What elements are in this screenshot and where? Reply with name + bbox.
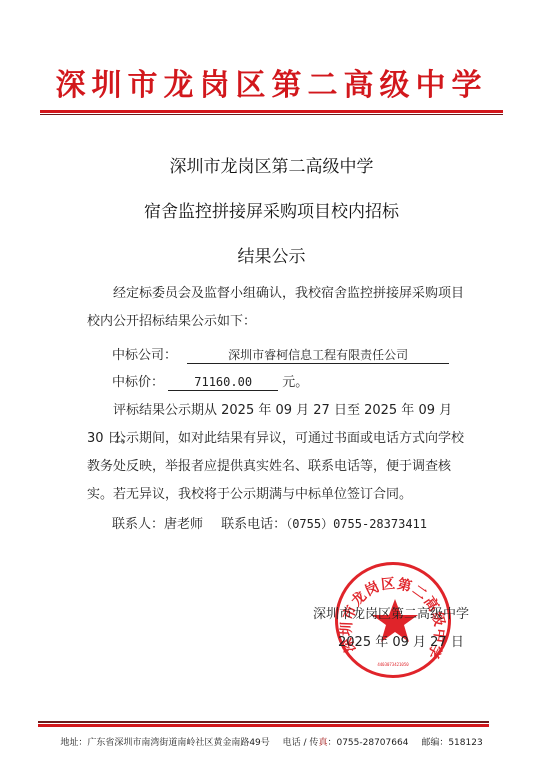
letterhead-rule-thick: [40, 110, 503, 113]
letterhead-rule-thin: [40, 114, 503, 115]
doc-title-line2: 宿舍监控拼接屏采购项目校内招标: [0, 197, 543, 222]
footer-phone-label: 电话 / 传: [283, 738, 319, 748]
signature-org: 深圳市龙岗区第二高级中学: [313, 603, 469, 622]
doc-title-line3: 结果公示: [0, 242, 543, 267]
letterhead-school-name: 深圳市龙岗区第二高级中学: [0, 60, 543, 104]
footer-zip-label: 邮编：: [421, 738, 448, 748]
objection-paragraph: 公示期间，如对此结果有异议，可通过书面或电话方式向学校教务处反映，举报者应提供真…: [87, 425, 467, 509]
doc-title-line1: 深圳市龙岗区第二高级中学: [0, 152, 543, 177]
svg-text:4403073421050: 4403073421050: [377, 662, 409, 667]
footer-phone: 0755-28707664: [336, 738, 408, 748]
phone-label: 联系电话：: [221, 517, 286, 532]
contact-name: 唐老师: [164, 517, 203, 532]
phone-value: （0755）0755-28373411: [286, 517, 427, 531]
price-value: 71160.00: [168, 374, 278, 391]
winner-value: 深圳市睿柯信息工程有限责任公司: [187, 347, 449, 364]
intro-paragraph: 经定标委员会及监督小组确认，我校宿舍监控拼接屏采购项目校内公开招标结果公示如下：: [87, 280, 467, 336]
footer-zip: 518123: [448, 738, 482, 748]
price-label: 中标价：: [112, 375, 164, 390]
contact-label: 联系人：: [112, 517, 164, 532]
footer-rule-thick: [38, 724, 489, 727]
footer-contact: 地址：广东省深圳市南湾街道南岭社区黄金南路49号 电话 / 传真：0755-28…: [0, 735, 543, 748]
winner-row: 中标公司： 深圳市睿柯信息工程有限责任公司: [112, 344, 449, 364]
footer-address: 广东省深圳市南湾街道南岭社区黄金南路49号: [87, 738, 269, 748]
winner-label: 中标公司：: [112, 348, 177, 363]
price-unit: 元。: [282, 375, 308, 390]
contact-row: 联系人：唐老师 联系电话：（0755）0755-28373411: [112, 513, 427, 532]
footer-address-label: 地址：: [60, 738, 87, 748]
footer-rule-thin: [38, 721, 489, 723]
signature-date: 2025 年 09 月 27 日: [338, 631, 464, 650]
price-row: 中标价： 71160.00 元。: [112, 371, 308, 391]
